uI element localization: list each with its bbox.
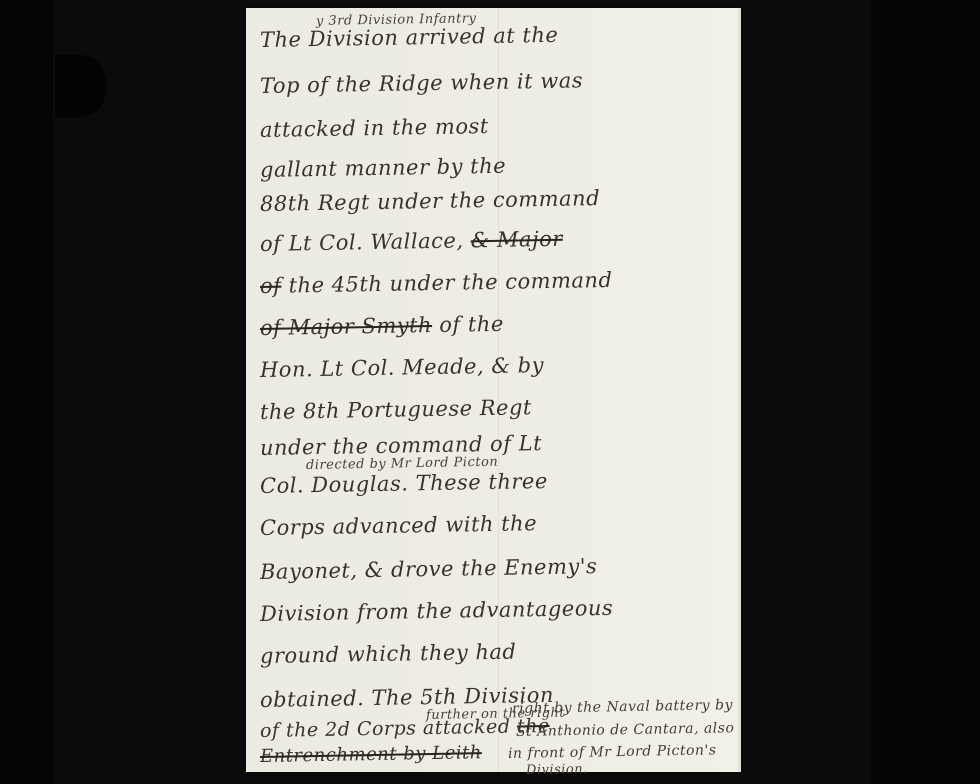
manuscript-line-5: 88th Regt under the command (260, 186, 600, 216)
line-19-struck: Entrenchment by Leith (260, 742, 482, 767)
document-viewer: y 3rd Division Infantry The Division arr… (0, 0, 980, 784)
manuscript-line-12: Col. Douglas. These three (260, 469, 548, 498)
manuscript-line-16: ground which they had (260, 640, 517, 668)
line-8-text: of the (439, 312, 504, 337)
manuscript-line-3: attacked in the most (260, 114, 489, 142)
line-8-struck: of Major Smyth (260, 313, 433, 340)
manuscript-line-13: Corps advanced with the (260, 511, 537, 540)
manuscript-line-6: of Lt Col. Wallace, & Major (260, 227, 563, 256)
line-7-struck: of (260, 274, 282, 298)
manuscript-line-19: Entrenchment by Leith (260, 742, 482, 767)
scan-shadow (55, 55, 107, 117)
line-6-struck: & Major (470, 227, 562, 253)
manuscript-line-2: Top of the Ridge when it was (260, 68, 583, 98)
manuscript-line-7: of the 45th under the command (260, 268, 613, 298)
manuscript-line-4: gallant manner by the (260, 154, 506, 182)
continuation-line-3: in front of Mr Lord Picton's (508, 742, 717, 762)
continuation-line-2: St Anthonio de Cantara, also (516, 720, 735, 740)
manuscript-line-10: the 8th Portuguese Regt (260, 395, 532, 424)
manuscript-line-18: of the 2d Corps attacked the (260, 715, 550, 742)
continuation-line-1: right by the Naval battery by (512, 697, 733, 717)
manuscript-line-9: Hon. Lt Col. Meade, & by (260, 353, 544, 382)
page-edge (738, 8, 741, 772)
manuscript-page: y 3rd Division Infantry The Division arr… (246, 8, 741, 772)
line-7-text: the 45th under the command (288, 268, 612, 298)
manuscript-line-14: Bayonet, & drove the Enemy's (260, 554, 598, 584)
manuscript-line-15: Division from the advantageous (260, 596, 614, 626)
manuscript-line-1: The Division arrived at the (260, 23, 559, 52)
line-6-text: of Lt Col. Wallace, (260, 228, 464, 256)
manuscript-line-8: of Major Smyth of the (260, 312, 504, 340)
line-18-text: of the 2d Corps attacked (260, 716, 511, 742)
continuation-line-4: Division. (526, 762, 588, 778)
